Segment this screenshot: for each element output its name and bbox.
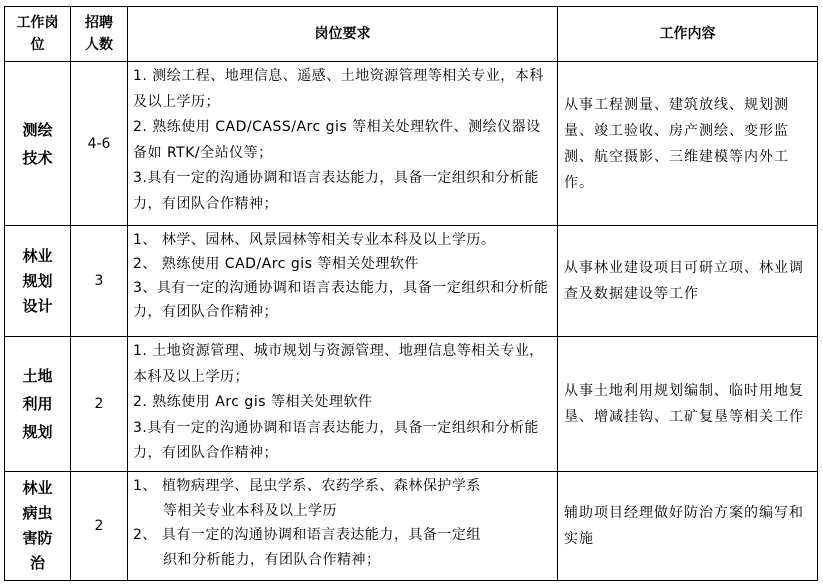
- header-requirements: 岗位要求: [128, 7, 558, 62]
- requirement-item: 2. 熟练使用 Arc gis 等相关处理软件: [133, 390, 553, 416]
- count-cell: 4-6: [71, 62, 128, 226]
- count-cell: 3: [71, 226, 128, 337]
- position-line: 设计: [5, 294, 70, 319]
- header-content: 工作内容: [558, 7, 818, 62]
- position-line: 病虫: [5, 501, 70, 526]
- header-count-line: 人数: [71, 34, 127, 56]
- position-line: 测绘: [5, 116, 70, 144]
- requirement-item: 等相关专业本科及以上学历: [133, 499, 553, 524]
- header-position: 工作岗 位: [5, 7, 71, 62]
- position-line: 林业: [5, 244, 70, 269]
- header-position-line: 工作岗: [5, 12, 70, 34]
- count-cell: 2: [71, 337, 128, 472]
- requirements-cell: 1、 林学、园林、风景园林等相关专业本科及以上学历。 2、 熟练使用 CAD/A…: [128, 226, 558, 337]
- header-count: 招聘 人数: [71, 7, 128, 62]
- position-line: 土地: [5, 362, 70, 390]
- content-cell: 辅助项目经理做好防治方案的编写和实施: [558, 472, 818, 581]
- requirement-item: 1、 植物病理学、昆虫学系、农药学系、森林保护学系: [133, 474, 553, 499]
- requirement-item: 3、具有一定的沟通协调和语言表达能力，具备一定组织和分析能力，有团队合作精神；: [133, 276, 553, 324]
- position-line: 林业: [5, 476, 70, 501]
- header-row: 工作岗 位 招聘 人数 岗位要求 工作内容: [5, 7, 818, 62]
- content-cell: 从事土地利用规划编制、临时用地复垦、增减挂钩、工矿复垦等相关工作: [558, 337, 818, 472]
- table-row: 测绘 技术 4-6 1. 测绘工程、地理信息、遥感、土地资源管理等相关专业，本科…: [5, 62, 818, 226]
- requirement-item: 2. 熟练使用 CAD/CASS/Arc gis 等相关处理软件、测绘仪器设备如…: [133, 115, 553, 166]
- requirements-cell: 1、 植物病理学、昆虫学系、农药学系、森林保护学系 等相关专业本科及以上学历 2…: [128, 472, 558, 581]
- table-row: 林业 病虫 害防 治 2 1、 植物病理学、昆虫学系、农药学系、森林保护学系 等…: [5, 472, 818, 581]
- requirement-item: 3.具有一定的沟通协调和语言表达能力，具备一定组织和分析能力，有团队合作精神；: [133, 166, 553, 217]
- content-cell: 从事林业建设项目可研立项、林业调查及数据建设等工作: [558, 226, 818, 337]
- header-count-line: 招聘: [71, 12, 127, 34]
- job-table: 工作岗 位 招聘 人数 岗位要求 工作内容 测绘 技术 4-6 1. 测绘工程、…: [4, 6, 818, 581]
- position-cell: 测绘 技术: [5, 62, 71, 226]
- position-cell: 林业 病虫 害防 治: [5, 472, 71, 581]
- requirement-item: 2、 具有一定的沟通协调和语言表达能力，具备一定组: [133, 523, 553, 548]
- requirement-item: 1. 土地资源管理、城市规划与资源管理、地理信息等相关专业，本科及以上学历；: [133, 339, 553, 390]
- table-row: 土地 利用 规划 2 1. 土地资源管理、城市规划与资源管理、地理信息等相关专业…: [5, 337, 818, 472]
- position-line: 规划: [5, 269, 70, 294]
- content-cell: 从事工程测量、建筑放线、规划测量、竣工验收、房产测绘、变形监测、航空摄影、三维建…: [558, 62, 818, 226]
- position-line: 规划: [5, 418, 70, 446]
- requirement-item: 3.具有一定的沟通协调和语言表达能力，具备一定组织和分析能力，有团队合作精神；: [133, 416, 553, 467]
- requirements-cell: 1. 测绘工程、地理信息、遥感、土地资源管理等相关专业，本科及以上学历； 2. …: [128, 62, 558, 226]
- requirement-item: 1、 林学、园林、风景园林等相关专业本科及以上学历。: [133, 228, 553, 252]
- position-cell: 土地 利用 规划: [5, 337, 71, 472]
- requirements-cell: 1. 土地资源管理、城市规划与资源管理、地理信息等相关专业，本科及以上学历； 2…: [128, 337, 558, 472]
- requirement-item: 2、 熟练使用 CAD/Arc gis 等相关处理软件: [133, 252, 553, 276]
- count-cell: 2: [71, 472, 128, 581]
- position-cell: 林业 规划 设计: [5, 226, 71, 337]
- position-line: 利用: [5, 390, 70, 418]
- header-position-line: 位: [5, 34, 70, 56]
- position-line: 技术: [5, 144, 70, 172]
- table-row: 林业 规划 设计 3 1、 林学、园林、风景园林等相关专业本科及以上学历。 2、…: [5, 226, 818, 337]
- position-line: 治: [5, 551, 70, 576]
- requirement-item: 织和分析能力，有团队合作精神；: [133, 548, 553, 573]
- requirement-item: 1. 测绘工程、地理信息、遥感、土地资源管理等相关专业，本科及以上学历；: [133, 64, 553, 115]
- position-line: 害防: [5, 526, 70, 551]
